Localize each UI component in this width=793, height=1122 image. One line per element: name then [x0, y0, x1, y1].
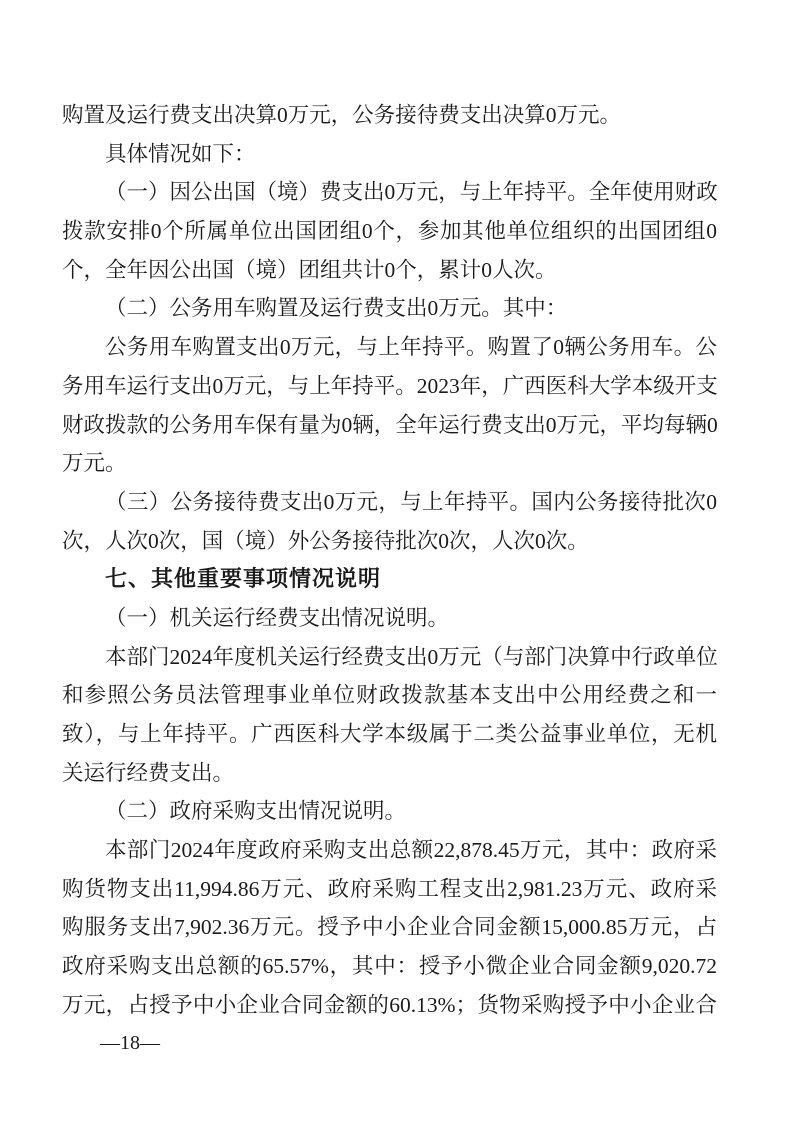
text-line: 财政拨款的公务用车保有量为0辆，全年运行费支出0万元，平均每辆0 — [62, 406, 717, 445]
text-line: 万元，占授予中小企业合同金额的60.13%；货物采购授予中小企业合 — [62, 986, 717, 1025]
text-line: 致），与上年持平。广西医科大学本级属于二类公益事业单位，无机 — [62, 715, 717, 754]
text-line: （一）机关运行经费支出情况说明。 — [62, 599, 717, 638]
text-line: 购服务支出7,902.36万元。授予中小企业合同金额15,000.85万元，占 — [62, 908, 717, 947]
text-line: 次，人次0次，国（境）外公务接待批次0次，人次0次。 — [62, 522, 717, 561]
text-line: 政府采购支出总额的65.57%，其中：授予小微企业合同金额9,020.72 — [62, 947, 717, 986]
text-line: 关运行经费支出。 — [62, 754, 717, 793]
text-line: 具体情况如下： — [62, 135, 717, 174]
text-line: 购置及运行费支出决算0万元，公务接待费支出决算0万元。 — [62, 96, 717, 135]
document-body: 购置及运行费支出决算0万元，公务接待费支出决算0万元。具体情况如下：（一）因公出… — [62, 96, 717, 1025]
text-line: 和参照公务员法管理事业单位财政拨款基本支出中公用经费之和一 — [62, 676, 717, 715]
text-line: （二）政府采购支出情况说明。 — [62, 792, 717, 831]
page-number: —18— — [100, 1031, 160, 1055]
text-line: 本部门2024年度机关运行经费支出0万元（与部门决算中行政单位 — [62, 638, 717, 677]
text-line: 公务用车购置支出0万元，与上年持平。购置了0辆公务用车。公 — [62, 328, 717, 367]
text-line: （二）公务用车购置及运行费支出0万元。其中： — [62, 289, 717, 328]
document-page: 购置及运行费支出决算0万元，公务接待费支出决算0万元。具体情况如下：（一）因公出… — [0, 0, 793, 1122]
text-line: 拨款安排0个所属单位出国团组0个，参加其他单位组织的出国团组0 — [62, 212, 717, 251]
section-heading-line: 七、其他重要事项情况说明 — [62, 560, 717, 599]
text-line: 万元。 — [62, 444, 717, 483]
text-line: 务用车运行支出0万元，与上年持平。2023年，广西医科大学本级开支 — [62, 367, 717, 406]
text-line: 购货物支出11,994.86万元、政府采购工程支出2,981.23万元、政府采 — [62, 870, 717, 909]
text-line: （一）因公出国（境）费支出0万元，与上年持平。全年使用财政 — [62, 173, 717, 212]
text-line: 个，全年因公出国（境）团组共计0个，累计0人次。 — [62, 251, 717, 290]
text-line: 本部门2024年度政府采购支出总额22,878.45万元，其中：政府采 — [62, 831, 717, 870]
text-line: （三）公务接待费支出0万元，与上年持平。国内公务接待批次0 — [62, 483, 717, 522]
